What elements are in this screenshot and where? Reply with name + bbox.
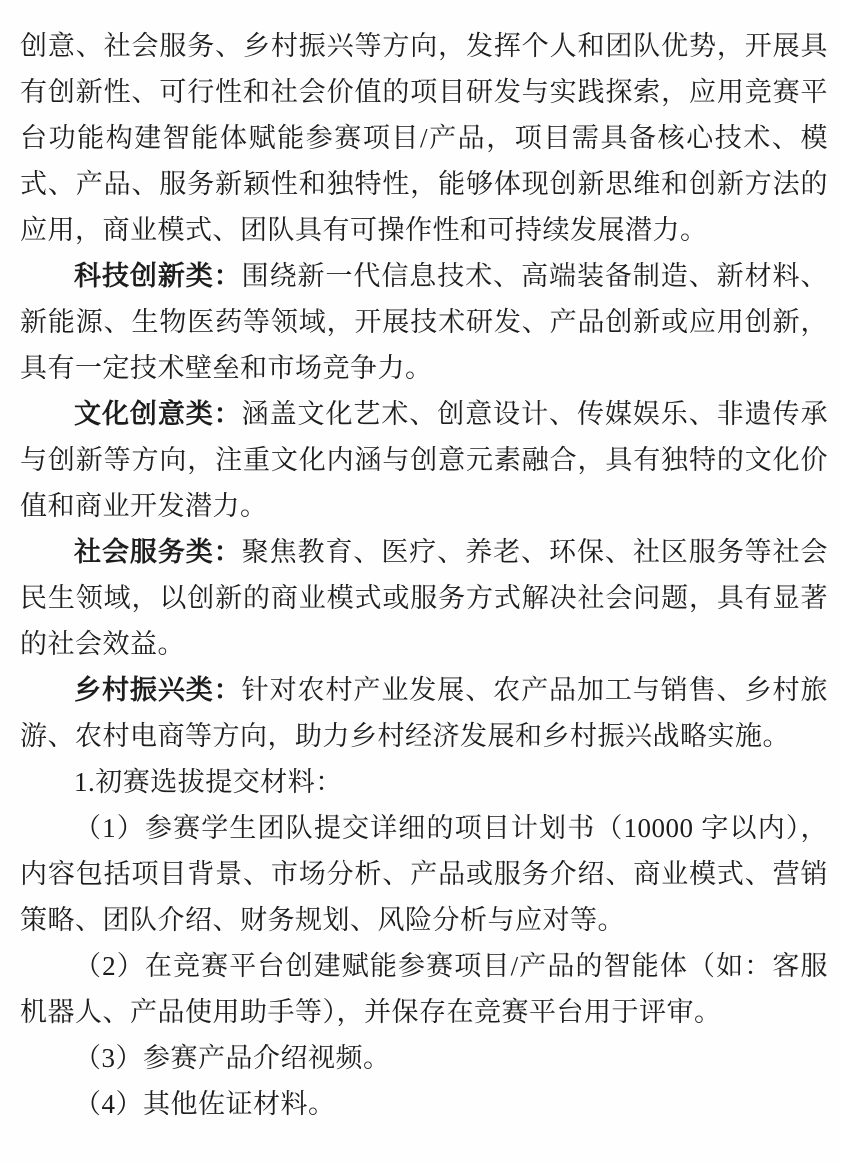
- paragraph-lead: 社会服务类：: [74, 537, 242, 567]
- paragraph-material-item-3: （3）参赛产品介绍视频。: [20, 1035, 828, 1081]
- paragraph-material-item-1: （1）参赛学生团队提交详细的项目计划书（10000 字以内），内容包括项目背景、…: [20, 805, 828, 943]
- paragraph-tech-innovation: 科技创新类：围绕新一代信息技术、高端装备制造、新材料、新能源、生物医药等领域，开…: [20, 253, 828, 391]
- paragraph-rural-revitalization: 乡村振兴类：针对农村产业发展、农产品加工与销售、乡村旅游、农村电商等方向，助力乡…: [20, 667, 828, 759]
- paragraph-cultural-creative: 文化创意类：涵盖文化艺术、创意设计、传媒娱乐、非遗传承与创新等方向，注重文化内涵…: [20, 391, 828, 529]
- paragraph-body: 1.初赛选拔提交材料：: [74, 767, 343, 797]
- paragraph-body: （1）参赛学生团队提交详细的项目计划书（10000 字以内），内容包括项目背景、…: [20, 813, 828, 935]
- paragraph-body: （2）在竞赛平台创建赋能参赛项目/产品的智能体（如：客服机器人、产品使用助手等）…: [20, 951, 828, 1027]
- paragraph-material-item-4: （4）其他佐证材料。: [20, 1081, 828, 1127]
- paragraph-body: （4）其他佐证材料。: [74, 1089, 336, 1119]
- paragraph-body: 创意、社会服务、乡村振兴等方向，发挥个人和团队优势，开展具有创新性、可行性和社会…: [20, 31, 828, 245]
- document-page: 创意、社会服务、乡村振兴等方向，发挥个人和团队优势，开展具有创新性、可行性和社会…: [0, 0, 841, 1163]
- paragraph-lead: 文化创意类：: [74, 399, 242, 429]
- paragraph-lead: 科技创新类：: [74, 261, 242, 291]
- paragraph-body: （3）参赛产品介绍视频。: [74, 1043, 391, 1073]
- paragraph-continuation: 创意、社会服务、乡村振兴等方向，发挥个人和团队优势，开展具有创新性、可行性和社会…: [20, 23, 828, 253]
- paragraph-social-service: 社会服务类：聚焦教育、医疗、养老、环保、社区服务等社会民生领域，以创新的商业模式…: [20, 529, 828, 667]
- paragraph-material-item-2: （2）在竞赛平台创建赋能参赛项目/产品的智能体（如：客服机器人、产品使用助手等）…: [20, 943, 828, 1035]
- paragraph-lead: 乡村振兴类：: [74, 675, 242, 705]
- paragraph-preliminary-materials-heading: 1.初赛选拔提交材料：: [20, 759, 828, 805]
